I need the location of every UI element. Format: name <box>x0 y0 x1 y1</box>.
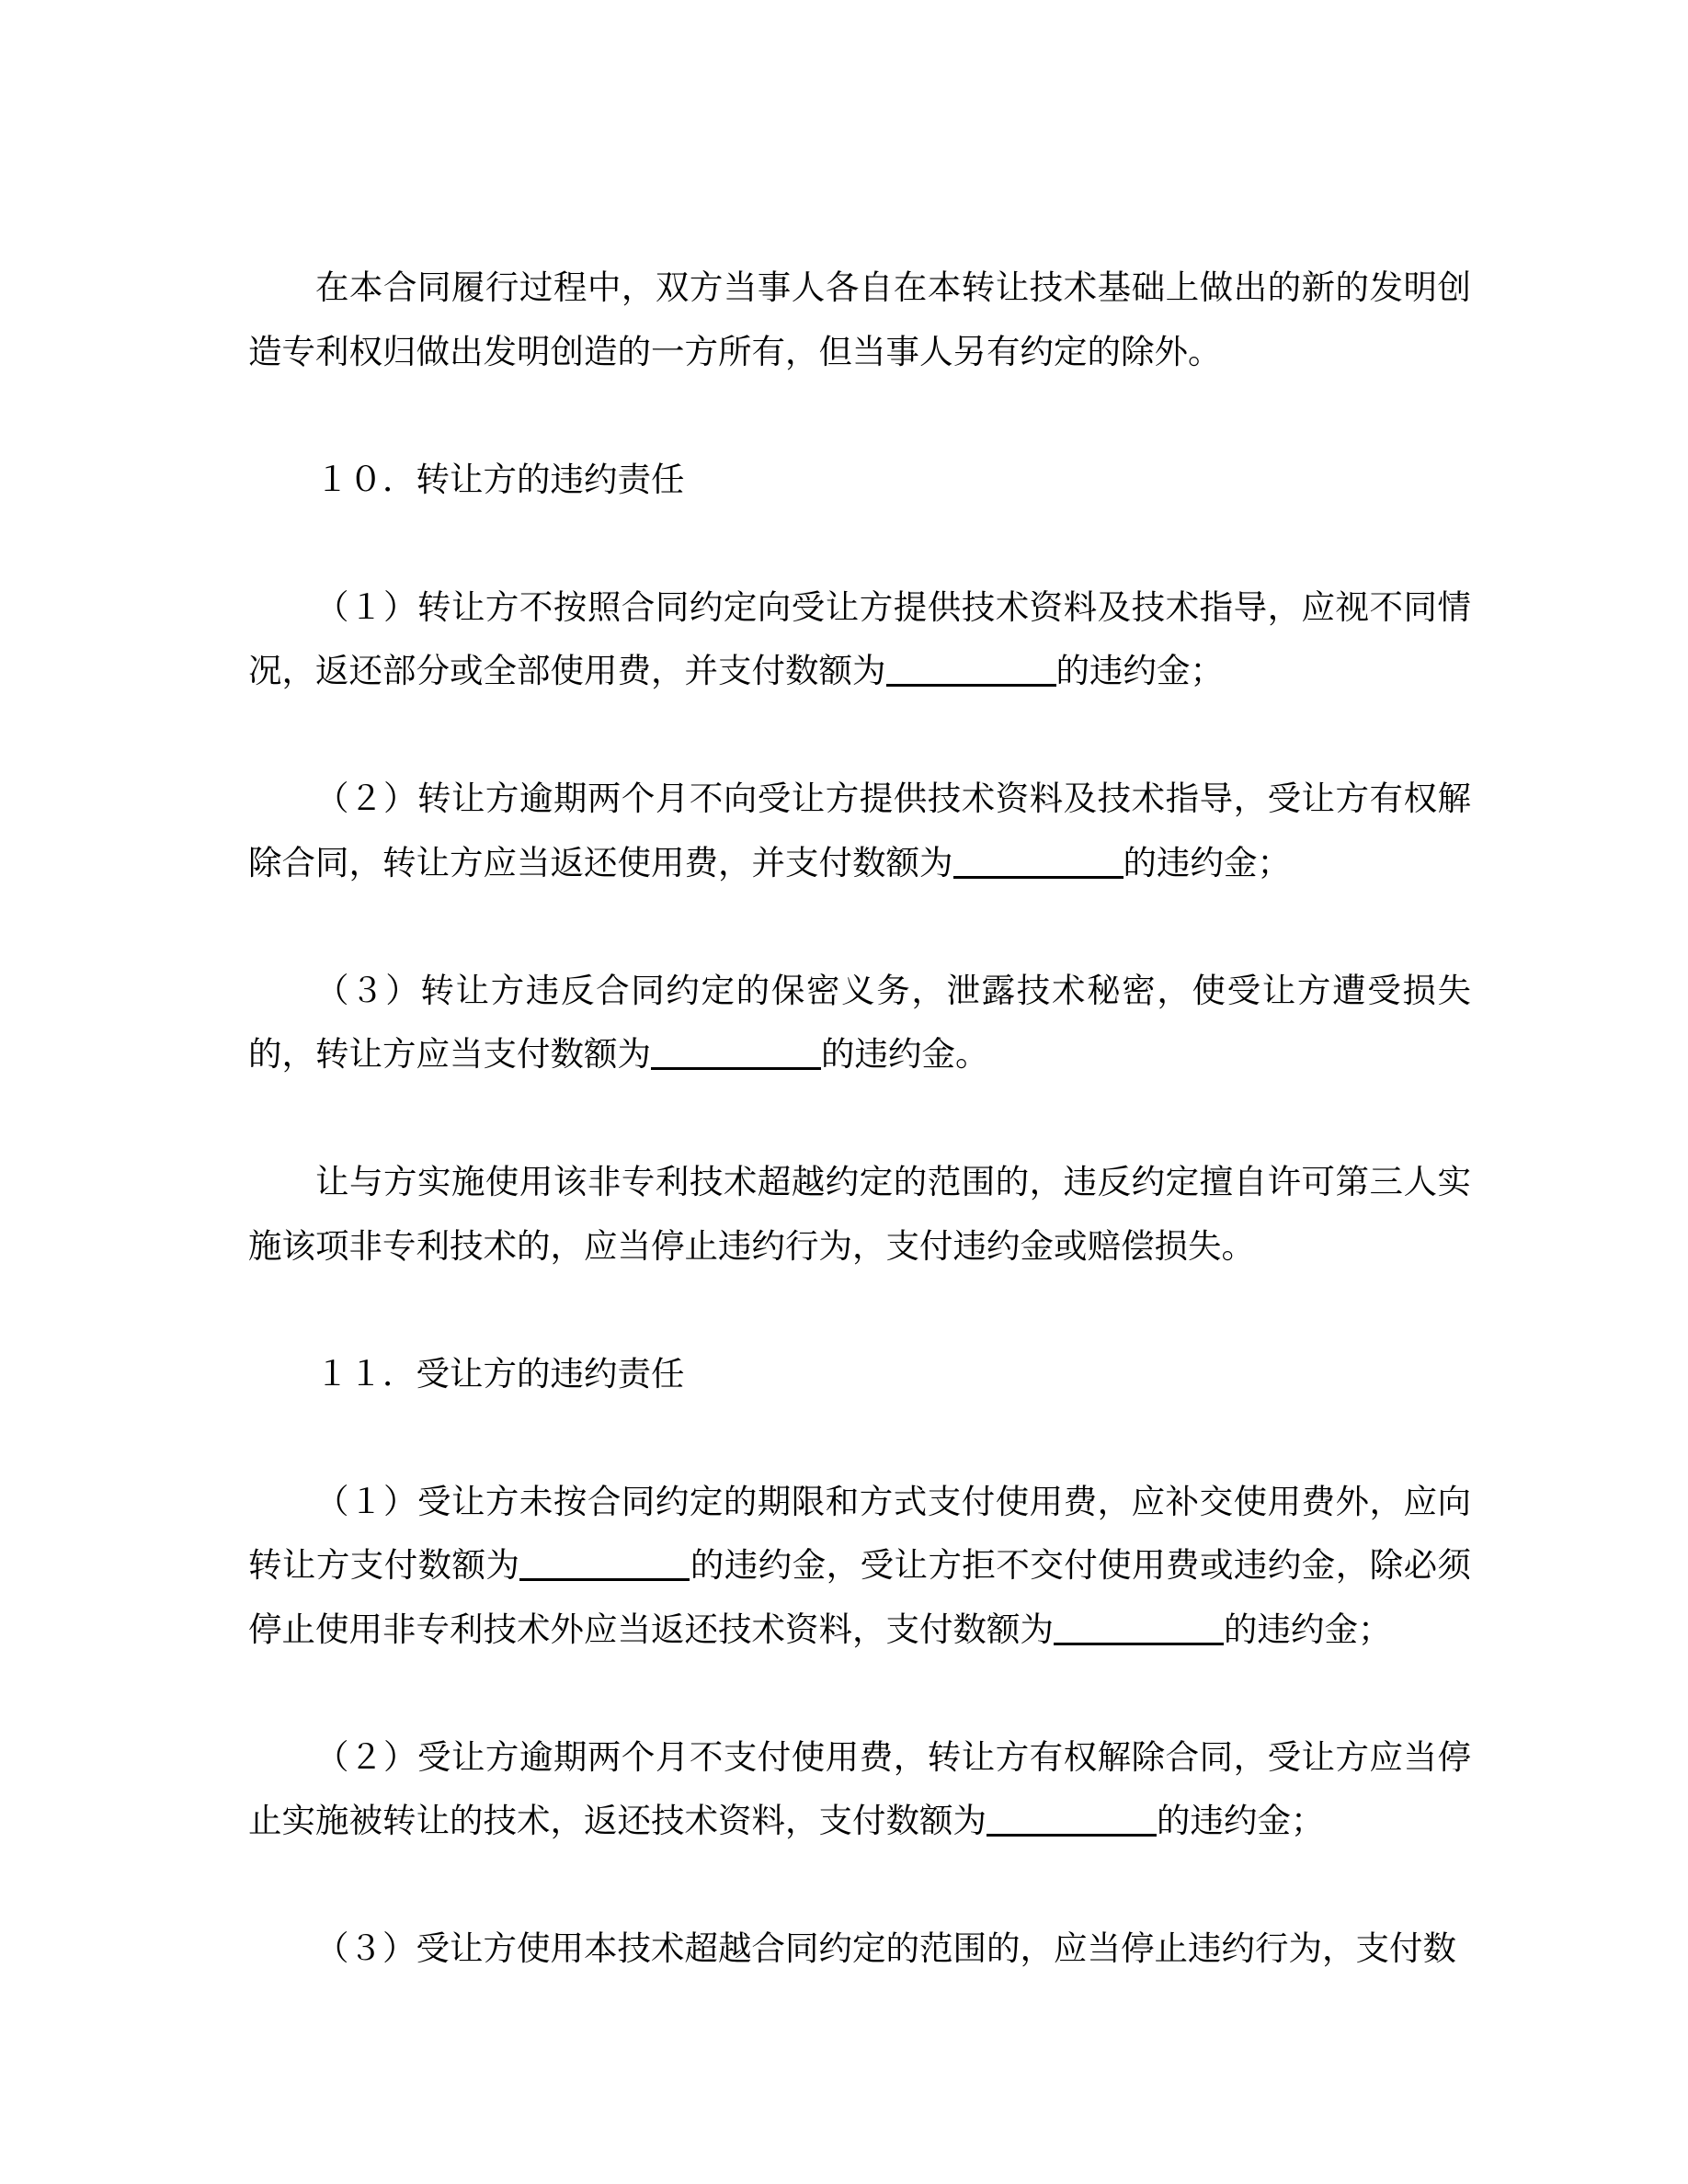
paragraph: （３）转让方违反合同约定的保密义务，泄露技术秘密，使受让方遭受损失的，转让方应当… <box>248 959 1471 1086</box>
page: { "page": { "background": "#ffffff", "te… <box>0 0 1688 2184</box>
section-heading: １０．转让方的违约责任 <box>248 448 1471 512</box>
fill-in-blank <box>953 842 1123 879</box>
text-run: 在本合同履行过程中，双方当事人各自在本转让技术基础上做出的新的发明创造专利权归做… <box>248 268 1471 370</box>
text-run: 的违约金； <box>1123 844 1292 882</box>
paragraph: 在本合同履行过程中，双方当事人各自在本转让技术基础上做出的新的发明创造专利权归做… <box>248 256 1471 383</box>
fill-in-blank <box>886 651 1056 688</box>
document-body: 在本合同履行过程中，双方当事人各自在本转让技术基础上做出的新的发明创造专利权归做… <box>248 256 1471 1981</box>
text-run: 让与方实施使用该非专利技术超越约定的范围的，违反约定擅自许可第三人实施该项非专利… <box>248 1163 1471 1265</box>
fill-in-blank <box>651 1034 821 1071</box>
section-heading: １１．受让方的违约责任 <box>248 1342 1471 1406</box>
text-run: 的违约金； <box>1224 1610 1392 1648</box>
fill-in-blank <box>1054 1609 1224 1645</box>
paragraph: （２）受让方逾期两个月不支付使用费，转让方有权解除合同，受让方应当停止实施被转让… <box>248 1725 1471 1853</box>
fill-in-blank <box>519 1545 690 1582</box>
paragraph: （１）受让方未按合同约定的期限和方式支付使用费，应补交使用费外，应向转让方支付数… <box>248 1470 1471 1662</box>
paragraph: （２）转让方逾期两个月不向受让方提供技术资料及技术指导，受让方有权解除合同，转让… <box>248 767 1471 894</box>
text-run: 的违约金； <box>1157 1802 1325 1839</box>
text-run: １１．受让方的违约责任 <box>315 1355 685 1393</box>
text-run: （１）转让方不按照合同约定向受让方提供技术资料及技术指导，应视不同情况，返还部分… <box>248 588 1471 690</box>
text-run: 的违约金； <box>1056 652 1225 689</box>
paragraph: 让与方实施使用该非专利技术超越约定的范围的，违反约定擅自许可第三人实施该项非专利… <box>248 1150 1471 1278</box>
text-run: （３）受让方使用本技术超越合同约定的范围的，应当停止违约行为，支付数 <box>315 1929 1456 1967</box>
text-run: １０．转让方的违约责任 <box>315 461 685 498</box>
paragraph: （３）受让方使用本技术超越合同约定的范围的，应当停止违约行为，支付数 <box>248 1917 1471 1981</box>
fill-in-blank <box>987 1801 1157 1837</box>
text-run: 的违约金。 <box>821 1035 989 1073</box>
paragraph: （１）转让方不按照合同约定向受让方提供技术资料及技术指导，应视不同情况，返还部分… <box>248 575 1471 703</box>
